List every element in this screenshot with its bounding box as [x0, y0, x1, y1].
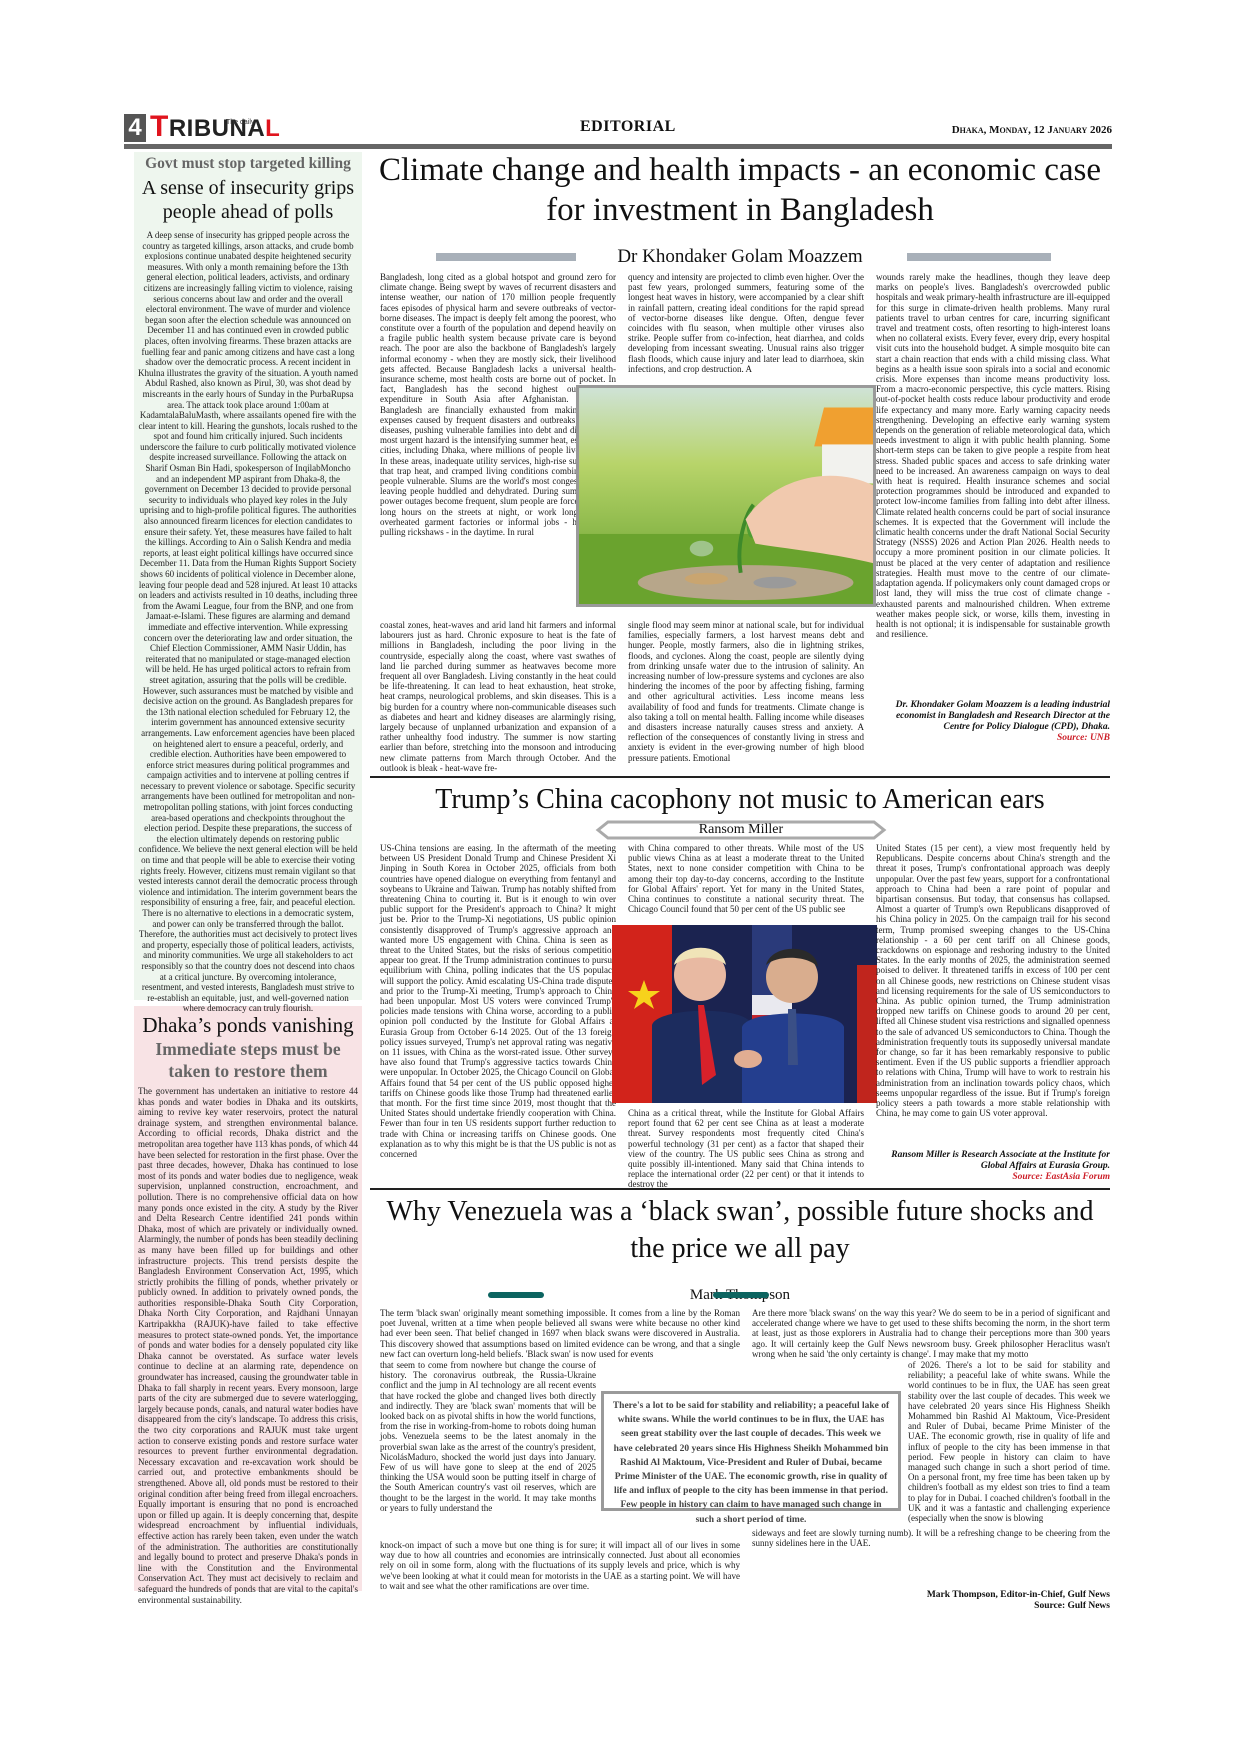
- article1-col2-top: quency and intensity are projected to cl…: [628, 272, 864, 374]
- pull-quote-text: There's a lot to be said for stability a…: [612, 1399, 890, 1527]
- byline-bar-right: [907, 253, 1051, 261]
- article1-headline: Climate change and health impacts - an e…: [370, 150, 1110, 230]
- article1-col1-bottom: coastal zones, heat-waves and arid land …: [380, 620, 616, 773]
- article2-col2-bottom: China as a critical threat, while the In…: [628, 1108, 864, 1190]
- article3-col1-bottom: knock-on impact of such a move but one t…: [380, 1540, 740, 1591]
- masthead: 4 The daily TRIBUNAL EDITORIAL Dhaka, Mo…: [124, 112, 1112, 146]
- editorial-ponds: Dhaka’s ponds vanishing Immediate steps …: [134, 1006, 362, 1591]
- article1-signoff: Dr. Khondaker Golam Moazzem is a leading…: [876, 700, 1110, 743]
- article1-byline: Dr Khondaker Golam Moazzem: [370, 246, 1110, 270]
- article2-col3: United States (15 per cent), a view most…: [876, 843, 1110, 1118]
- seedling-coins-image-icon: [579, 388, 873, 604]
- article2-photo-handshake: [612, 925, 877, 1103]
- article3-col1-top: The term 'black swan' originally meant s…: [380, 1308, 740, 1359]
- article3-col2-mid: of 2026. There's a lot to be said for st…: [908, 1360, 1110, 1523]
- article2-byline: Ransom Miller: [588, 820, 894, 840]
- pull-quote-box: There's a lot to be said for stability a…: [601, 1391, 901, 1511]
- article1-source: Source: UNB: [876, 733, 1110, 743]
- dateline: Dhaka, Monday, 12 January 2026: [952, 124, 1112, 136]
- article2-signoff: Ransom Miller is Research Associate at t…: [876, 1150, 1110, 1182]
- section-label: EDITORIAL: [580, 118, 676, 136]
- tribunal-logo: The daily TRIBUNAL: [150, 112, 280, 142]
- editorial-body: A deep sense of insecurity has gripped p…: [138, 230, 358, 1014]
- article2-author-note: Ransom Miller is Research Associate at t…: [876, 1150, 1110, 1172]
- article3-credit: Mark Thompson, Editor-in-Chief, Gulf New…: [876, 1590, 1110, 1601]
- editorial-subhead: Immediate steps must be taken to restore…: [138, 1038, 358, 1082]
- article-divider: [370, 1188, 1110, 1190]
- editorial-body: The government has undertaken an initiat…: [138, 1086, 358, 1605]
- article2-col1: US-China tensions are easing. In the aft…: [380, 843, 616, 1159]
- left-column: Govt must stop targeted killing A sense …: [134, 152, 362, 1591]
- article2-author: Ransom Miller: [588, 820, 894, 840]
- article3-byline: Mark Thompson: [370, 1286, 1110, 1306]
- editorial-insecurity: Govt must stop targeted killing A sense …: [134, 152, 362, 1000]
- article3-signoff: Mark Thompson, Editor-in-Chief, Gulf New…: [876, 1590, 1110, 1612]
- leaders-handshake-image-icon: [612, 925, 877, 1103]
- article-divider: [370, 776, 1110, 778]
- page-number: 4: [124, 114, 146, 142]
- article3-col2-bottom: sideways and feet are slowly turning num…: [752, 1528, 1110, 1548]
- article3-source: Source: Gulf News: [876, 1601, 1110, 1612]
- logo-tagline: The daily: [226, 108, 254, 138]
- article3-col1-mid: that seem to come from nowhere but chang…: [380, 1360, 596, 1513]
- article3-col2-top: Are there more 'black swans' on the way …: [752, 1308, 1110, 1359]
- byline-bar-right: [713, 1292, 769, 1298]
- article1-author-note: Dr. Khondaker Golam Moazzem is a leading…: [876, 700, 1110, 733]
- article1-col2-bottom: single flood may seem minor at national …: [628, 620, 864, 763]
- article2-source: Source: EastAsia Forum: [876, 1172, 1110, 1182]
- article2-headline: Trump’s China cacophony not music to Ame…: [370, 783, 1110, 817]
- newspaper-page: 4 The daily TRIBUNAL EDITORIAL Dhaka, Mo…: [0, 0, 1241, 1754]
- article1-photo-seedling: [576, 385, 876, 607]
- article1-col3: wounds rarely make the headlines, though…: [876, 272, 1110, 639]
- editorial-headline: Dhaka’s ponds vanishing: [138, 1012, 358, 1038]
- masthead-rule: [124, 144, 1112, 149]
- article3-headline: Why Venezuela was a ‘black swan’, possib…: [370, 1193, 1110, 1267]
- editorial-headline: A sense of insecurity grips people ahead…: [138, 176, 358, 224]
- article2-col2-top: with China compared to other threats. Wh…: [628, 843, 864, 914]
- editorial-kicker: Govt must stop targeted killing: [138, 154, 358, 174]
